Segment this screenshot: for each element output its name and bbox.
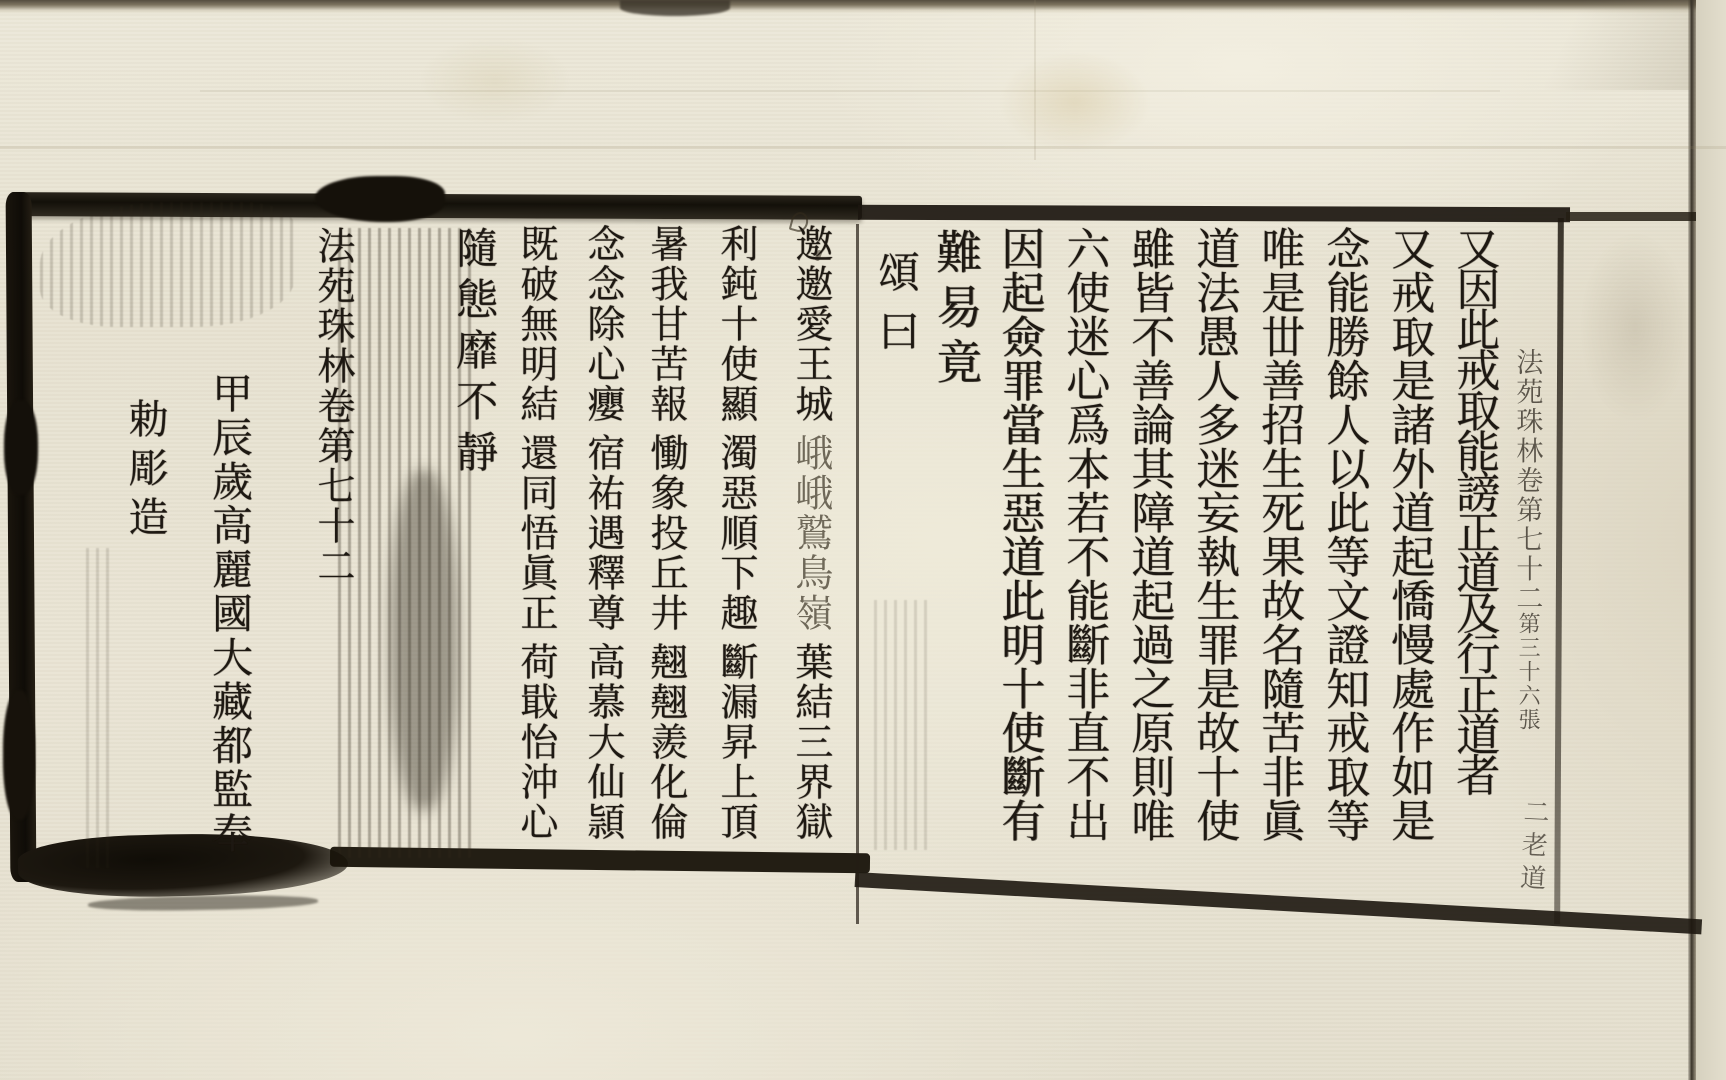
verse-phrase: 斷漏昇上頂 xyxy=(714,642,758,842)
frame-top-border-blot xyxy=(315,176,445,222)
text-column-5: 道法愚人多迷妄執生罪是故十使 xyxy=(1190,226,1236,842)
verse-phrase: 隨態靡不靜 xyxy=(450,226,499,481)
frame-left-border-blot-2 xyxy=(3,690,35,820)
frame-top-border-far-right xyxy=(1566,212,1696,221)
colophon-date-line: 甲辰歲高麗國大藏都監奉 xyxy=(207,372,250,856)
ink-smudge-left-core xyxy=(390,470,458,810)
verse-phrase: 慟象投丘井 xyxy=(644,433,688,633)
margin-sheet-label: 第三十六張 xyxy=(1516,612,1539,732)
verse-phrase: 高慕大仙頴 xyxy=(581,642,625,842)
verse-phrase: 念念除心癭 xyxy=(581,224,625,424)
verse-phrase: 利鈍十使顯 xyxy=(714,224,758,424)
ink-smudge-top-left xyxy=(40,202,295,327)
paper-stain-top-left xyxy=(420,38,570,123)
text-column-8: 因起僉罪當生惡道此明十使斷有 xyxy=(995,226,1041,842)
verse-column-5: 既破無明結還同悟眞正荷戢怡沖心 xyxy=(515,224,555,842)
margin-corner-mark: 二老道 xyxy=(1515,797,1547,897)
verse-phrase: 宿祐遇釋尊 xyxy=(581,433,625,633)
verse-phrase: 既破無明結 xyxy=(514,224,558,424)
text-column-4: 唯是丗善招生死果故名隨苦非眞 xyxy=(1255,226,1301,842)
paper-stain-right-margin xyxy=(1580,232,1690,422)
verse-phrase: 暑我甘苦報 xyxy=(644,224,688,424)
verse-phrase: 翹翹羨化倫 xyxy=(644,642,688,842)
verse-phrase: 峨峨鷲鳥嶺 xyxy=(789,433,833,633)
text-column-7: 六使迷心爲本若不能斷非直不出 xyxy=(1060,226,1106,842)
paper-crease-horizontal xyxy=(0,146,1726,149)
verse-phrase: 邀邀愛王城 xyxy=(789,224,833,424)
paper-crease-horizontal-2 xyxy=(200,90,1500,92)
margin-volume-label: 法苑珠林卷第七十二 xyxy=(1512,348,1540,614)
page-right-margin-paper xyxy=(1696,0,1726,1080)
paper-stain-top-center xyxy=(1000,52,1150,152)
verse-phrase: 葉結三界獄 xyxy=(789,642,833,842)
verse-marker: 頌曰 xyxy=(874,250,918,368)
verse-column-3: 暑我甘苦報慟象投丘井翹翹羨化倫 xyxy=(645,224,685,842)
text-column-1: 又因此戒取能謗正道及行正道者 xyxy=(1450,226,1496,793)
verse-phrase: 荷戢怡沖心 xyxy=(514,642,558,842)
verse-column-4: 念念除心癭宿祐遇釋尊高慕大仙頴 xyxy=(582,224,622,842)
frame-bottom-border-right xyxy=(855,872,1703,934)
ink-smudge-left-edge xyxy=(86,548,112,868)
verse-column-1: 邀邀愛王城峨峨鷲鳥嶺葉結三界獄 xyxy=(790,224,830,842)
text-column-6: 雖皆不善論其障道起過之原則唯 xyxy=(1125,226,1171,842)
scanned-sutra-page: 法苑珠林卷第七十二 第三十六張 二老道 又因此戒取能謗正道及行正道者 又戒取是諸… xyxy=(0,0,1726,1080)
section-end-label: 難易竟 xyxy=(932,228,980,393)
frame-bottom-smear-tail xyxy=(88,894,318,912)
colophon-edict-line: 勅彫造 xyxy=(124,398,166,545)
column-divider-rule xyxy=(856,224,859,924)
verse-column-6: 隨態靡不靜 xyxy=(452,226,496,481)
frame-top-border-right xyxy=(858,205,1570,222)
frame-left-border-blot xyxy=(4,400,38,495)
ink-smudge-under-verse-marker xyxy=(874,600,932,850)
verse-phrase: 濁惡順下趣 xyxy=(714,433,758,633)
frame-right-inner-rule xyxy=(1554,218,1564,924)
verse-phrase: 還同悟眞正 xyxy=(514,433,558,633)
corner-shadow-top-right xyxy=(1400,0,1690,90)
verse-column-2: 利鈍十使顯濁惡順下趣斷漏昇上頂 xyxy=(715,224,755,842)
end-volume-title: 法苑珠林卷第七十二 xyxy=(312,226,352,586)
page-top-edge-blot xyxy=(620,0,730,16)
frame-bottom-border-left-smear xyxy=(17,830,349,901)
text-column-3: 念能勝餘人以此等文證知戒取等 xyxy=(1320,226,1366,842)
text-column-2: 又戒取是諸外道起憍慢處作如是 xyxy=(1385,226,1431,842)
